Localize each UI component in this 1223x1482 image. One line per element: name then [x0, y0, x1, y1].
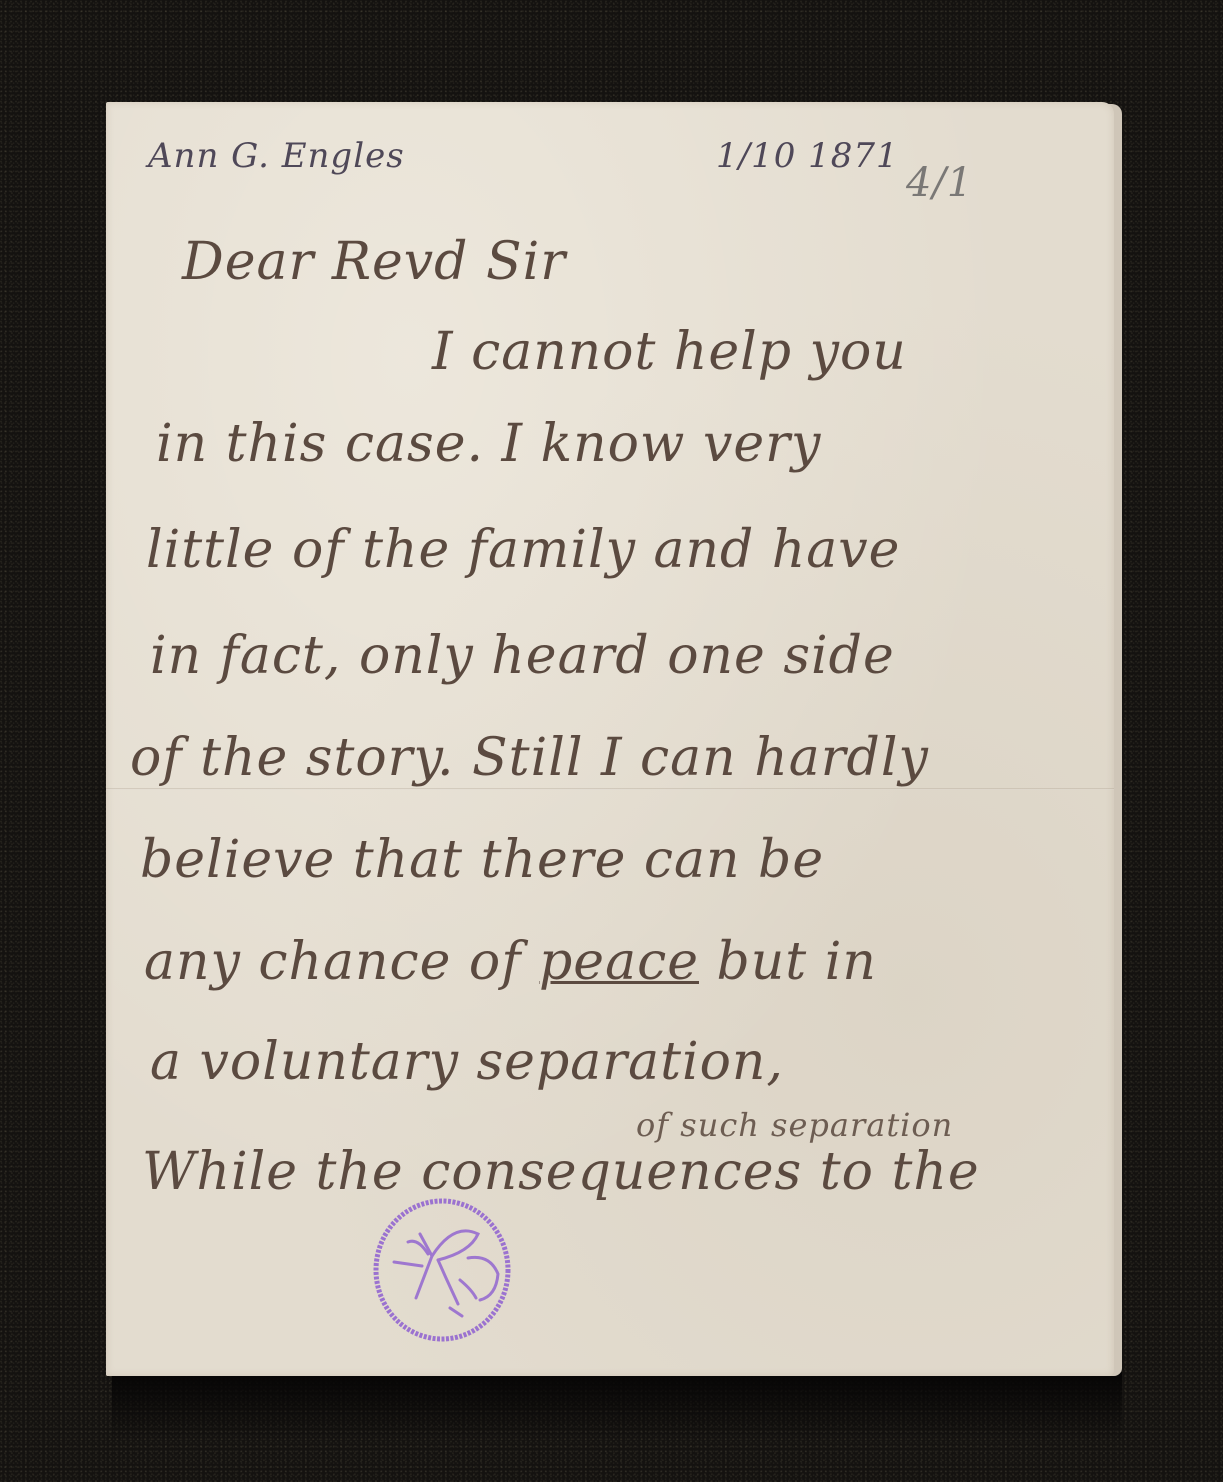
pencil-annotation: 4/1	[906, 160, 973, 206]
body-line: believe that there can be	[140, 830, 824, 890]
body-line: While the consequences to the	[142, 1142, 980, 1202]
letter-date: 1/10 1871	[716, 136, 899, 176]
letter-page: Ann G. Engles 1/10 1871 4/1 Dear Revd Si…	[106, 102, 1114, 1376]
body-line: little of the family and have	[146, 520, 900, 580]
body-line: in fact, only heard one side	[150, 626, 895, 686]
underlined-word: peace	[539, 932, 699, 992]
interlinear-insertion: of such separation	[636, 1106, 953, 1144]
body-line-with-underline: any chance of peace but in	[144, 932, 877, 992]
body-line: a voluntary separation,	[150, 1032, 784, 1092]
library-stamp-icon	[372, 1198, 512, 1342]
correspondent-note: Ann G. Engles	[148, 136, 405, 176]
body-line: I cannot help you	[432, 322, 907, 382]
text-segment: any chance of	[144, 932, 539, 992]
text-segment: but in	[699, 932, 877, 992]
salutation: Dear Revd Sir	[182, 232, 566, 292]
fold-crease	[106, 788, 1114, 790]
paper-shadow	[112, 1372, 1122, 1442]
body-line: in this case. I know very	[156, 414, 821, 474]
body-line: of the story. Still I can hardly	[130, 728, 929, 788]
